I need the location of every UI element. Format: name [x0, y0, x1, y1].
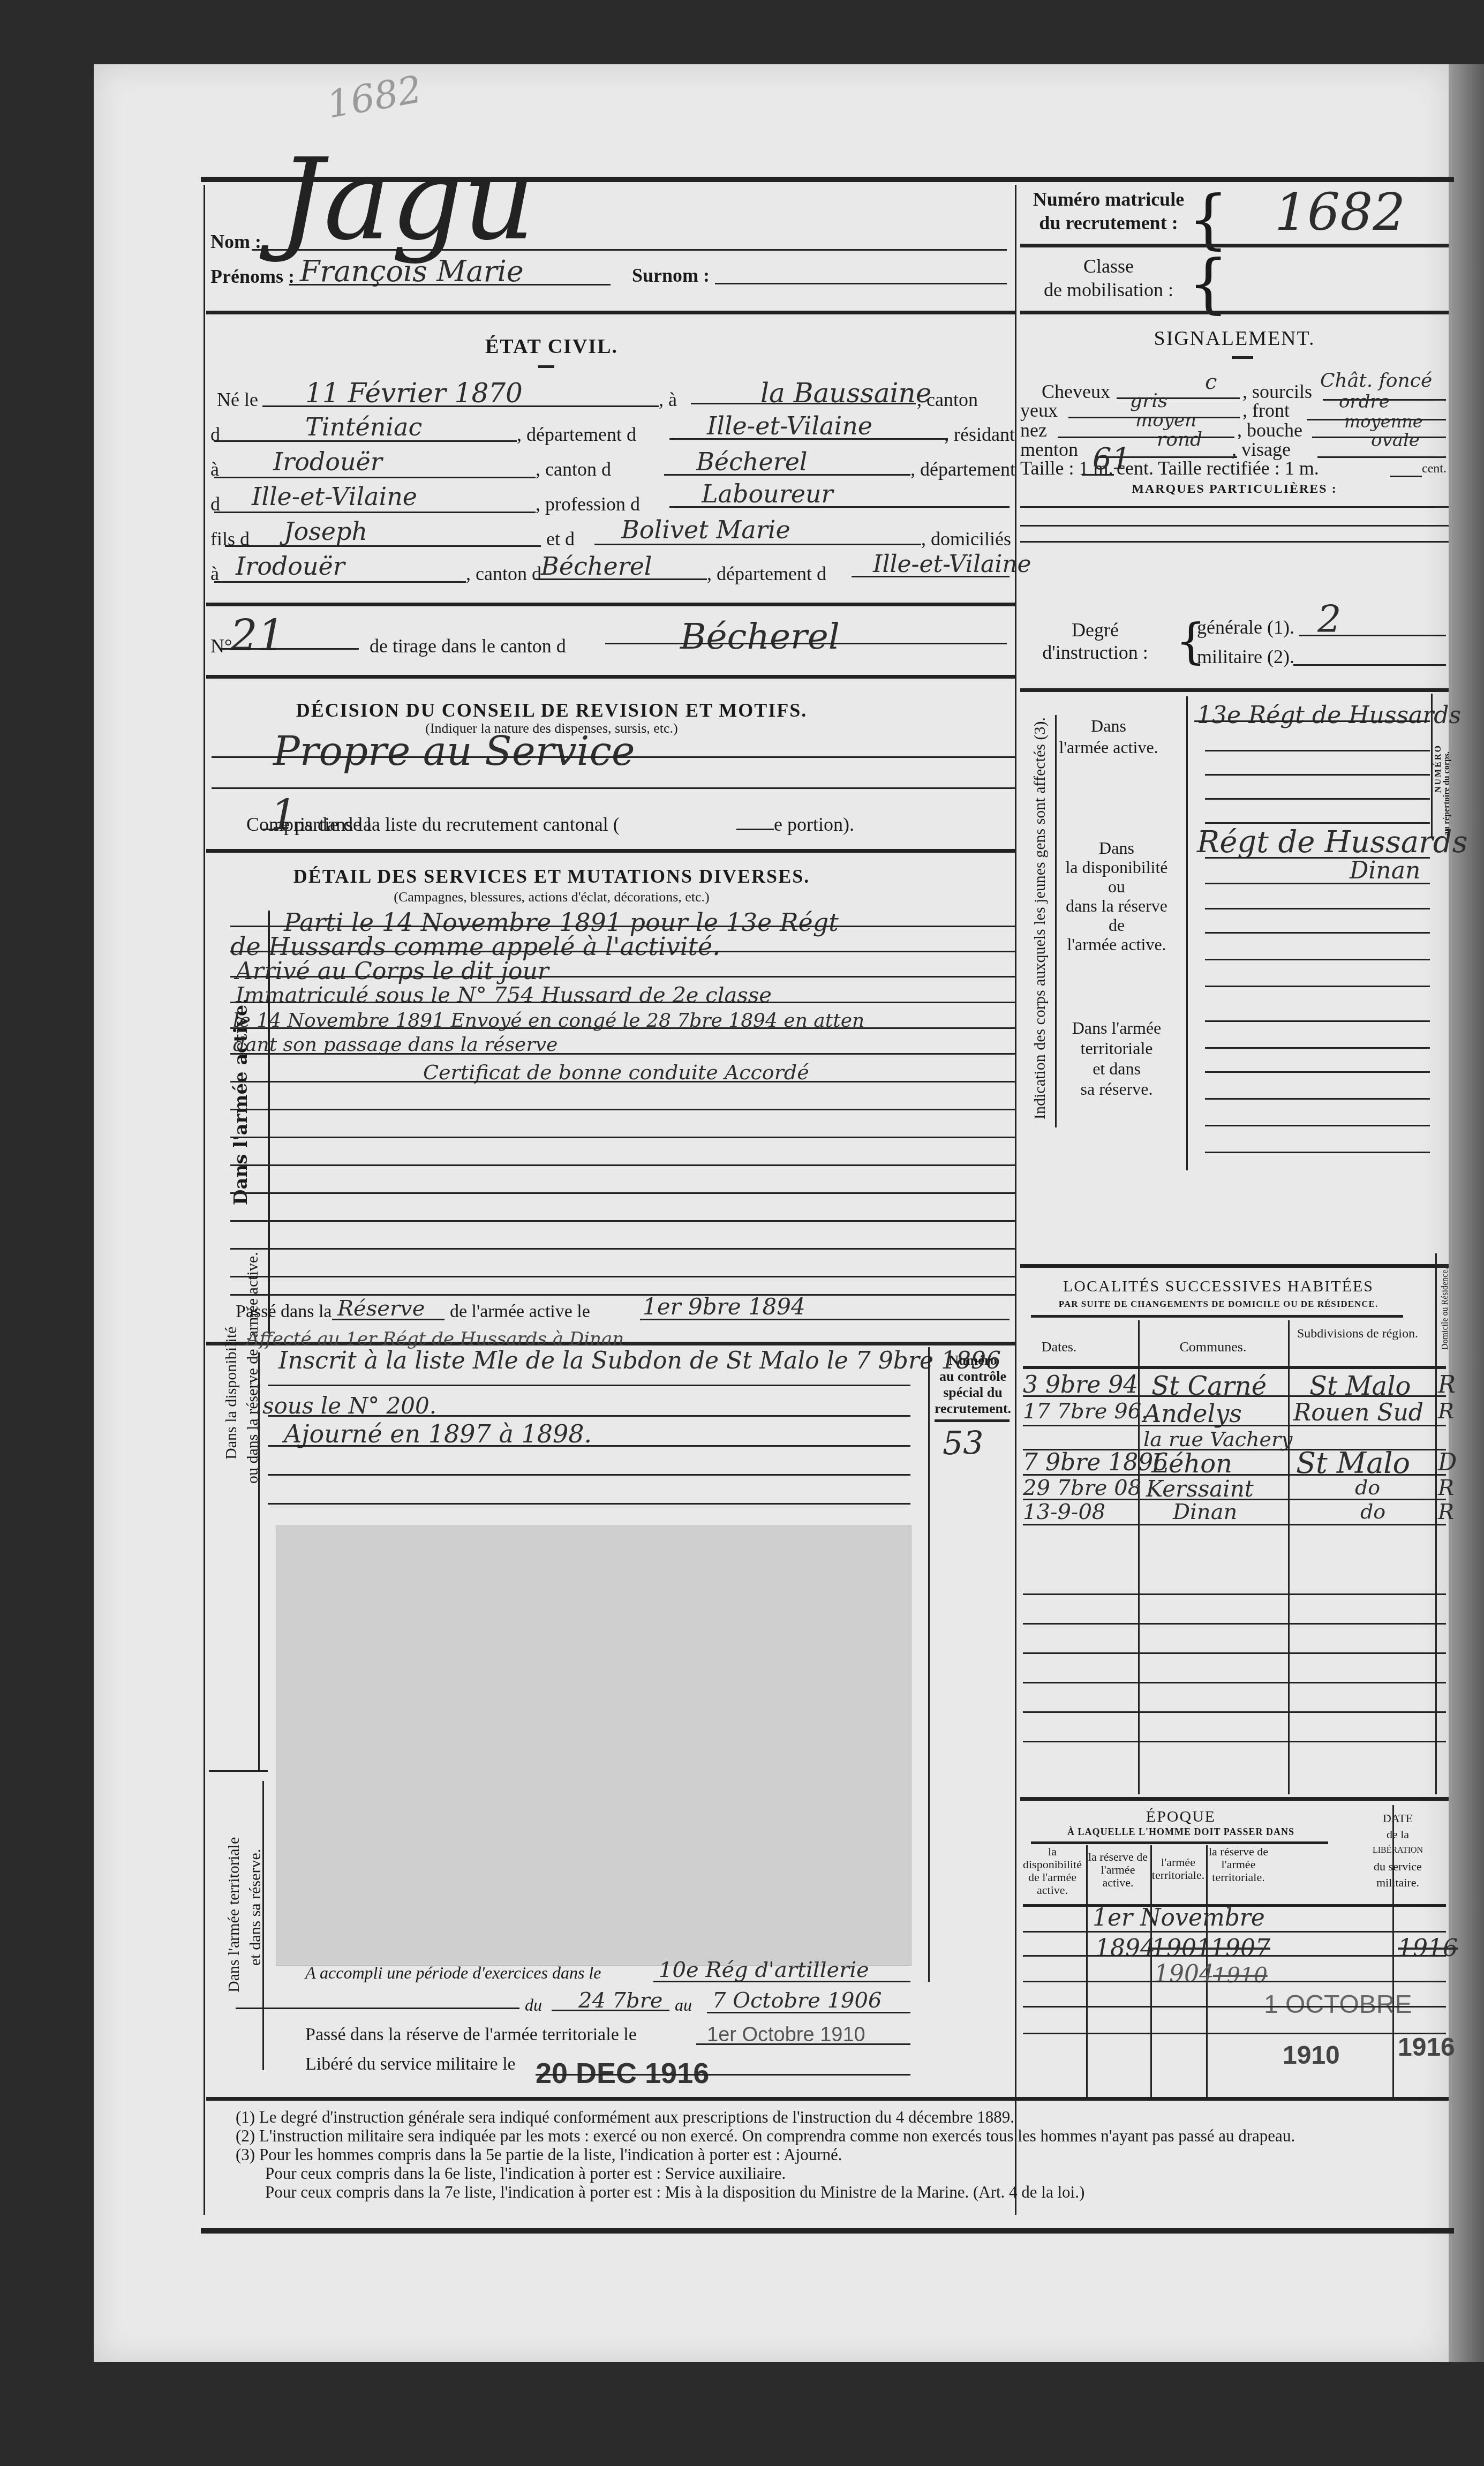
localite-row-1-dr: R: [1438, 1371, 1456, 1399]
disponibilite-line-4: Ajourné en 1897 à 1898.: [284, 1419, 592, 1448]
decision-line-2: [212, 787, 1015, 789]
service-rule-11: [230, 1192, 1015, 1194]
matricule-rule: [1020, 244, 1449, 247]
group1-brace: [1186, 696, 1188, 838]
affectation-rule-2e: [1205, 959, 1430, 960]
classe-brace: {: [1188, 246, 1229, 321]
affectations-bracket: [1055, 715, 1057, 1127]
footnote-2: (2) L'instruction militaire sera indiqué…: [236, 2126, 1295, 2146]
nom-line: [252, 249, 1007, 251]
service-rule-7: [230, 1081, 1015, 1082]
footnotes-top-rule: [206, 2097, 1449, 2101]
affectation-group-label-1: Dans l'armée active.: [1058, 715, 1159, 758]
affectation-value-2: Régt de Hussards: [1197, 825, 1467, 860]
side-label-territoriale-1: Dans l'armée territoriale: [225, 1837, 243, 1993]
epoque-col-3: l'armée territoriale.: [1151, 1856, 1205, 1882]
affectation-rule-1d: [1205, 798, 1430, 800]
libere-line: [536, 2074, 910, 2076]
affectations-side-label: Indication des corps auxquels les jeunes…: [1031, 717, 1049, 1119]
service-rule-13: [230, 1248, 1015, 1250]
taille-cent-label: cent. Taille rectifiée : 1 m.: [1117, 457, 1319, 479]
sourcils-value: Chât. foncé: [1320, 370, 1432, 392]
departement-parents-line: [852, 576, 1010, 577]
canton-naissance-line: [214, 440, 517, 442]
tirage-canton-label: de tirage dans le canton d: [370, 635, 566, 657]
localites-rule-2: [1023, 1425, 1446, 1426]
canton-parents-value: Bécherel: [541, 552, 652, 581]
localite-row-2-subdivision: Rouen Sud: [1293, 1399, 1423, 1426]
stamp-1910: 1910: [1283, 2041, 1340, 2070]
marques-line-2: [1020, 525, 1449, 527]
epoque-reserve-territoriale: 1907: [1210, 1935, 1270, 1962]
canton-residence-value: Bécherel: [696, 447, 808, 476]
departement3-label: , département d: [707, 562, 826, 585]
passe-label-2: de l'armée active le: [450, 1302, 590, 1322]
service-rule-4: [230, 1002, 1015, 1003]
affectation-rule-2b: [1205, 883, 1430, 884]
profession-line: [669, 506, 1010, 508]
group2-brace: [1186, 838, 1188, 1015]
footnote-1: (1) Le degré d'instruction générale sera…: [236, 2108, 1014, 2127]
disponibilite-line-2: Inscrit à la liste Mle de la Subdon de S…: [278, 1347, 1001, 1374]
libere-stamp: 20 DEC 1916: [536, 2057, 709, 2090]
affectation-rule-1a: [1194, 720, 1430, 722]
footnote-4: Pour ceux compris dans la 6e liste, l'in…: [265, 2164, 786, 2183]
affectation-rule-2c: [1205, 908, 1430, 909]
tirage-no-line: [220, 648, 359, 650]
localites-brace: [1031, 1315, 1403, 1318]
localite-row-4-date: 7 9bre 1896: [1023, 1449, 1168, 1476]
epoque-col-1: la disponibilité de l'armée active.: [1020, 1845, 1084, 1897]
affectations-top-rule: [1020, 688, 1449, 692]
front-value: ordre: [1339, 391, 1390, 412]
left-frame-border: [204, 185, 205, 2215]
etat-civil-dash: [538, 365, 554, 368]
decision-value: Propre au Service: [273, 728, 635, 775]
pere-value: Joseph: [284, 517, 367, 546]
yeux-value: gris: [1130, 390, 1167, 412]
service-rule-2: [230, 951, 1015, 952]
numero-controle-label: Numéro au contrôle spécial du recrutemen…: [931, 1352, 1015, 1417]
passe-value-2: 1er 9bre 1894: [643, 1294, 805, 1320]
localites-rule-11: [1023, 1711, 1446, 1713]
canton-parents-line: [536, 578, 707, 580]
service-rule-9: [230, 1137, 1015, 1138]
residant-label: , résidant: [944, 423, 1015, 446]
numero-controle-rule: [935, 1419, 1010, 1422]
affectation-value-1: 13e Régt de Hussards: [1197, 702, 1461, 729]
decision-title: DÉCISION DU CONSEIL DE REVISION ET MOTIF…: [257, 699, 846, 721]
du-leading-line: [236, 2008, 519, 2009]
epoque-rule-4: [1023, 2006, 1446, 2008]
compris-label-2: e partie de la liste du recrutement cant…: [281, 813, 620, 836]
decision-line: [212, 756, 1015, 758]
disponibilite-rule-5: [268, 1503, 910, 1505]
cent-label: cent.: [1422, 462, 1447, 476]
lieu-naissance-line: [691, 403, 916, 404]
affectation-rule-2d: [1205, 932, 1430, 934]
decision-top-rule: [206, 675, 1015, 679]
affectation-rule-2a: [1205, 857, 1430, 859]
controle-divider: [928, 1347, 930, 1982]
visage-line: [1317, 456, 1446, 458]
compris-label-3: e portion).: [774, 813, 854, 836]
affectation-rule-3c: [1205, 1071, 1430, 1073]
epoque-territoriale: 1901: [1151, 1935, 1211, 1962]
disponibilite-bracket: [258, 1352, 260, 1770]
service-line-6: dant son passage dans la réserve: [233, 1034, 558, 1056]
service-rule-14: [230, 1276, 1015, 1277]
profession-value: Laboureur: [702, 479, 833, 508]
taille-line: [1082, 474, 1114, 476]
etat-civil-title: ÉTAT CIVIL.: [311, 335, 793, 358]
affectation-rule-3b: [1205, 1047, 1430, 1049]
visage-value: ovale: [1371, 430, 1420, 451]
canton-label: , canton: [917, 388, 978, 411]
yeux-label: yeux: [1020, 399, 1058, 422]
militaire-label: militaire (2).: [1197, 645, 1294, 668]
nez-line: [1058, 437, 1234, 438]
residence-line: [214, 477, 536, 478]
localite-row-6-subdivision: do: [1360, 1500, 1385, 1523]
numero-repertoire-divider: [1431, 694, 1433, 838]
canton-residence-line: [664, 474, 910, 476]
footnote-5: Pour ceux compris dans la 7e liste, l'in…: [265, 2183, 1084, 2202]
service-rule-10: [230, 1164, 1015, 1166]
affectation-rule-3e: [1205, 1125, 1430, 1126]
epoque-div-1: [1086, 1845, 1088, 2097]
localites-title: LOCALITÉS SUCCESSIVES HABITÉES: [1020, 1277, 1417, 1296]
localites-top-rule: [1020, 1264, 1449, 1268]
reserve-territoriale-line: [696, 2043, 910, 2045]
epoque-entry-line: 1er Novembre: [1093, 1904, 1265, 1931]
localite-row-5-commune: Kerssaint: [1146, 1476, 1254, 1502]
disponibilite-rule-2: [268, 1415, 910, 1417]
side-label-territoriale-2: et dans sa réserve.: [246, 1849, 265, 1966]
localite-row-4-dr: D: [1438, 1449, 1457, 1476]
residence-value: Irodouër: [273, 447, 382, 476]
stamp-octobre: 1 OCTOBRE: [1264, 1990, 1412, 2019]
epoque-rule-5: [1023, 2033, 1446, 2034]
au-value: 7 Octobre 1906: [712, 1988, 882, 2013]
prenoms-line: [289, 284, 611, 285]
front-label: , front: [1242, 399, 1290, 422]
header-rule: [206, 311, 1015, 314]
surnom-line: [715, 283, 1007, 284]
degre-label: Degré d'instruction :: [1034, 619, 1157, 664]
service-line-2: de Hussards comme appelé à l'activité.: [230, 932, 720, 961]
affectation-rule-1b: [1205, 750, 1430, 751]
generale-label: générale (1).: [1197, 616, 1294, 638]
exercices-line: [653, 1981, 910, 1982]
militaire-line: [1293, 664, 1446, 666]
localites-header-rule: [1023, 1366, 1446, 1369]
footnote-3: (3) Pour les hommes compris dans la 5e p…: [236, 2145, 842, 2164]
passe-line-2: [640, 1319, 1010, 1320]
service-rule-15: [230, 1294, 1015, 1296]
ne-le-line: [262, 405, 659, 407]
departement-naissance-line: [669, 438, 948, 440]
localites-rule-10: [1023, 1682, 1446, 1683]
side-label-disponibilite-1: Dans la disponibilité: [222, 1327, 240, 1460]
tirage-top-rule: [206, 603, 1015, 606]
passe-value-1: Réserve: [337, 1296, 425, 1321]
localites-rule-6: [1023, 1524, 1446, 1525]
matricule-label: Numéro matricule du recrutement :: [1023, 187, 1194, 235]
tirage-canton-value: Bécherel: [680, 616, 840, 657]
prenoms-value: François Marie: [300, 254, 524, 288]
group3-brace: [1186, 1015, 1188, 1170]
service-line-4: Immatriculé sous le N° 754 Hussard de 2e…: [236, 983, 772, 1008]
du-line: [552, 2010, 669, 2011]
localite-row-3-commune: la rue Vachery: [1143, 1427, 1293, 1451]
column-divider: [1015, 185, 1016, 2215]
departement2-label: , département: [910, 458, 1015, 480]
portion-line: [736, 829, 774, 830]
epoque-reserve-territoriale-corrected: 1910: [1213, 1963, 1268, 1988]
classe-rule: [1020, 311, 1449, 314]
surnom-label: Surnom :: [632, 264, 710, 287]
exercices-value: 10e Rég d'artillerie: [659, 1958, 869, 1982]
affectation-rule-2f: [1205, 986, 1430, 987]
territoriale-divider: [209, 1770, 268, 1772]
exercices-label: A accompli une période d'exercices dans …: [305, 1963, 601, 1983]
au-label: au: [675, 1995, 692, 2015]
domicile-parents-value: Irodouër: [236, 552, 345, 581]
localites-div-2: [1288, 1320, 1290, 1794]
departement-residence-value: Ille-et-Vilaine: [252, 482, 417, 511]
cheveux-value: c: [1205, 370, 1217, 394]
partie-line: [262, 829, 278, 830]
disponibilite-rule-1: [268, 1385, 910, 1386]
reserve-territoriale-label: Passé dans la réserve de l'armée territo…: [305, 2025, 637, 2045]
service-rule-1: [230, 926, 1015, 927]
localite-row-2-date: 17 7bre 96.: [1023, 1399, 1148, 1424]
taille-rectifiee-line: [1390, 476, 1422, 477]
stamp-1916: 1916: [1398, 2033, 1455, 2062]
mere-value: Bolivet Marie: [621, 515, 790, 544]
profession-label: , profession d: [536, 493, 640, 515]
service-rule-5: [230, 1027, 1015, 1029]
services-subtitle: (Campagnes, blessures, actions d'éclat, …: [257, 889, 846, 905]
localite-row-5-subdivision: do: [1355, 1476, 1380, 1499]
du-label: du: [525, 1995, 542, 2015]
canton-d-label: , canton d: [536, 458, 611, 480]
d-label: d: [210, 423, 220, 446]
disponibilite-line-1: Affecté au 1er Régt de Hussards à Dinan: [246, 1328, 624, 1350]
epoque-top-rule: [1020, 1797, 1449, 1801]
tirage-no-value: 21: [230, 611, 285, 660]
affectation-group-label-3: Dans l'armée territoriale et dans sa rés…: [1058, 1018, 1176, 1099]
localites-rule-9: [1023, 1652, 1446, 1654]
localites-col-communes: Communes.: [1138, 1339, 1288, 1355]
localite-row-2-dr: R: [1438, 1399, 1454, 1424]
epoque-div-2: [1150, 1845, 1152, 2097]
epoque-rule-1: [1023, 1931, 1446, 1933]
a-label: , à: [659, 388, 677, 411]
bouche-value: moyenne: [1344, 411, 1423, 432]
marques-line-3: [1020, 541, 1449, 543]
menton-value: rond: [1157, 428, 1202, 450]
service-line-3: Arrivé au Corps le dit jour: [236, 958, 549, 985]
departement-parents-value: Ille-et-Vilaine: [873, 551, 1031, 578]
pere-line: [225, 545, 541, 547]
departement-label: , département d: [517, 423, 636, 446]
disponibilite-rule-4: [268, 1474, 910, 1476]
service-rule-8: [230, 1109, 1015, 1110]
localite-row-2-commune: Andelys: [1143, 1399, 1242, 1428]
generale-line: [1299, 635, 1446, 636]
service-rule-6: [230, 1053, 1015, 1055]
prenoms-label: Prénoms :: [210, 265, 295, 288]
localites-rule-7: [1023, 1593, 1446, 1595]
affectation-rule-1c: [1205, 774, 1430, 776]
mere-line: [594, 544, 921, 545]
affectation-value-2b: Dinan: [1350, 857, 1420, 884]
domicilies-label: , domiciliés: [921, 528, 1011, 550]
au-line: [707, 2012, 910, 2013]
affectation-rule-3f: [1205, 1152, 1430, 1153]
localites-rule-12: [1023, 1741, 1446, 1742]
numero-controle-value: 53: [943, 1425, 983, 1462]
matricule-value: 1682: [1275, 182, 1405, 242]
localites-col-dates: Dates.: [1020, 1339, 1098, 1355]
epoque-div-4: [1392, 1805, 1394, 2097]
localite-row-6-commune: Dinan: [1173, 1500, 1237, 1524]
marques-line-1: [1020, 506, 1449, 508]
epoque-reserve-active: 1894: [1095, 1935, 1155, 1962]
nez-value: moyen: [1135, 410, 1196, 431]
epoque-territoriale-corrected: 1904: [1154, 1960, 1214, 1988]
localite-row-6-date: 13-9-08: [1023, 1500, 1105, 1524]
disponibilite-rule-3: [268, 1445, 910, 1447]
signalement-title: SIGNALEMENT.: [1020, 327, 1449, 350]
tirage-canton-line: [605, 643, 1007, 644]
affectation-rule-1e: [1205, 822, 1430, 824]
localites-rule-8: [1023, 1623, 1446, 1625]
pasted-paper-slip: [276, 1525, 912, 1966]
departement-naissance-value: Ille-et-Vilaine: [707, 411, 872, 440]
liberation-label: DATE de la LIBÉRATION du service militai…: [1242, 1810, 1446, 1891]
libere-label: Libéré du service militaire le: [305, 2054, 516, 2074]
affectation-group-label-2: Dans la disponibilité ou dans la réserve…: [1058, 838, 1176, 954]
canton-d2-label: , canton d: [466, 562, 541, 585]
service-rule-12: [230, 1220, 1015, 1222]
affectation-rule-3a: [1205, 1020, 1430, 1022]
services-title: DÉTAIL DES SERVICES ET MUTATIONS DIVERSE…: [257, 865, 846, 888]
et-d-label: et d: [546, 528, 575, 550]
localite-row-6-dr: R: [1438, 1500, 1454, 1524]
canton-naissance-value: Tinténiac: [305, 412, 422, 441]
marques-title: MARQUES PARTICULIÈRES :: [1020, 482, 1449, 497]
affectation-rule-3d: [1205, 1098, 1430, 1100]
localite-row-5-dr: R: [1438, 1476, 1454, 1500]
localites-subtitle: PAR SUITE DE CHANGEMENTS DE DOMICILE OU …: [1020, 1299, 1417, 1310]
classe-label: Classe de mobilisation :: [1023, 254, 1194, 302]
localite-row-5-date: 29 7bre 08: [1023, 1476, 1141, 1500]
epoque-col-2: la réserve de l'armée active.: [1087, 1851, 1149, 1889]
epoque-rule-3: [1023, 1981, 1446, 1982]
epoque-liberation: 1916: [1398, 1935, 1458, 1962]
localites-rule-1: [1023, 1395, 1446, 1397]
epoque-rule-2: [1023, 1955, 1446, 1957]
tirage-no-label: N°: [210, 635, 232, 657]
service-rule-3: [230, 976, 1015, 978]
numero-repertoire-label-2: au répertoire du corps.: [1442, 751, 1452, 836]
passe-line-1: [332, 1319, 445, 1320]
ne-le-label: Né le: [217, 388, 258, 411]
localite-row-1-date: 3 9bre 94: [1023, 1371, 1138, 1399]
nom-value: Jagu: [278, 134, 535, 265]
localites-col-dr: Domicile ou Résidence.: [1441, 1268, 1450, 1350]
ne-le-value: 11 Février 1870: [305, 378, 523, 409]
localites-div-1: [1138, 1320, 1140, 1794]
territoriale-bracket: [262, 1781, 264, 2070]
localites-col-subdivisions: Subdivisions de région.: [1291, 1326, 1425, 1342]
departement-residence-line: [214, 512, 536, 513]
domicile-parents-line: [214, 581, 466, 583]
signalement-dash: [1232, 356, 1253, 359]
services-top-rule: [206, 849, 1015, 853]
